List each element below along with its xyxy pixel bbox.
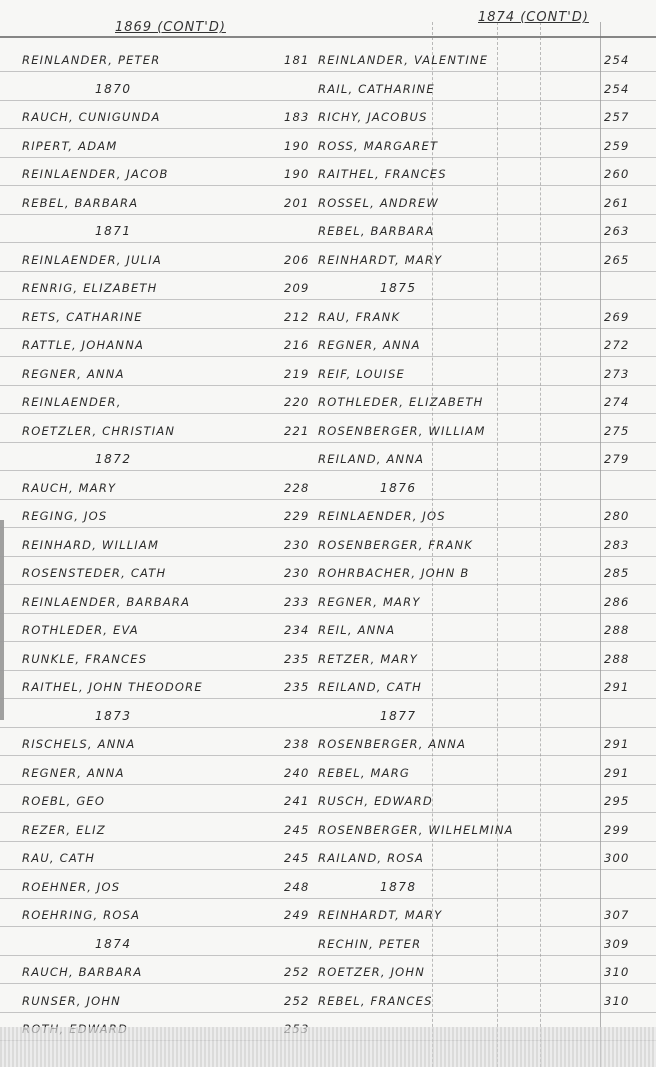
entry-name: Reging, Jos: [22, 506, 107, 526]
year-marker: 1878: [380, 877, 417, 897]
entry-number: 228: [284, 478, 324, 498]
entry-name: Roetzer, John: [318, 962, 425, 982]
entry-name: Reinlaender, Julia: [22, 250, 162, 270]
ruled-line: [0, 100, 656, 101]
entry-name: Rosenberger, William: [318, 421, 486, 441]
entry-name: Rohrbacher, John B: [318, 563, 470, 583]
entry-name: Retzer, Mary: [318, 649, 418, 669]
ruled-line: [0, 71, 656, 72]
entry-name: Regner, Mary: [318, 592, 421, 612]
entry-name: Regner, Anna: [22, 364, 125, 384]
entry-name: Reil, Anna: [318, 620, 395, 640]
entry-name: Ripert, Adam: [22, 136, 117, 156]
entry-page: 279: [604, 449, 648, 469]
right-header: 1874 (CONT'D): [478, 10, 589, 25]
entry-name: Railand, Rosa: [318, 848, 424, 868]
binding-edge: [0, 520, 4, 720]
entry-name: Reinlaender, Barbara: [22, 592, 190, 612]
year-marker: 1875: [380, 278, 417, 298]
year-marker: 1877: [380, 706, 417, 726]
year-marker: 1871: [95, 221, 132, 241]
ruled-line: [0, 185, 656, 186]
entry-page: 260: [604, 164, 648, 184]
entry-page: 254: [604, 79, 648, 99]
ruled-line: [0, 955, 656, 956]
entry-name: Runkle, Frances: [22, 649, 147, 669]
entry-page: 259: [604, 136, 648, 156]
entry-name: Rauch, Cunigunda: [22, 107, 161, 127]
entry-name: Rothleder, Elizabeth: [318, 392, 483, 412]
entry-name: Rechin, Peter: [318, 934, 421, 954]
entry-page: 291: [604, 763, 648, 783]
entry-name: Rebel, Barbara: [22, 193, 138, 213]
entry-page: 288: [604, 620, 648, 640]
entry-name: Reinlander, Peter: [22, 50, 160, 70]
entry-name: Reiland, Anna: [318, 449, 424, 469]
ruled-line: [0, 413, 656, 414]
entry-page: 254: [604, 50, 648, 70]
ruled-line: [0, 328, 656, 329]
entry-name: Rusch, Edward: [318, 791, 433, 811]
entry-page: 310: [604, 991, 648, 1011]
entry-page: 286: [604, 592, 648, 612]
entry-number: 248: [284, 877, 324, 897]
entry-page: 273: [604, 364, 648, 384]
entry-page: 274: [604, 392, 648, 412]
entry-name: Rezer, Eliz: [22, 820, 106, 840]
entry-name: Rail, Catharine: [318, 79, 435, 99]
ruled-line: [0, 499, 656, 500]
year-marker: 1872: [95, 449, 132, 469]
entry-name: Renrig, Elizabeth: [22, 278, 158, 298]
entry-page: 269: [604, 307, 648, 327]
ruled-line: [0, 1012, 656, 1013]
entry-name: Rebel, Frances: [318, 991, 433, 1011]
entry-page: 300: [604, 848, 648, 868]
left-header: 1869 (CONT'D): [115, 20, 226, 35]
entry-name: Ross, Margaret: [318, 136, 438, 156]
entry-name: Reinlaender, Jacob: [22, 164, 169, 184]
entry-name: Regner, Anna: [22, 763, 125, 783]
entry-name: Rauch, Mary: [22, 478, 116, 498]
entry-page: 275: [604, 421, 648, 441]
entry-name: Richy, Jacobus: [318, 107, 428, 127]
entry-name: Rosenberger, Anna: [318, 734, 466, 754]
page-column-divider: [600, 22, 602, 1067]
entry-name: Rossel, Andrew: [318, 193, 439, 213]
year-marker: 1870: [95, 79, 132, 99]
ruled-line: [0, 755, 656, 756]
entry-page: 261: [604, 193, 648, 213]
ruled-line: [0, 242, 656, 243]
ruled-line: [0, 784, 656, 785]
entry-name: Reinhard, William: [22, 535, 159, 555]
entry-name: Raithel, Frances: [318, 164, 447, 184]
column-divider: [497, 22, 499, 1067]
ruled-line: [0, 641, 656, 642]
ruled-line: [0, 556, 656, 557]
ruled-line: [0, 584, 656, 585]
entry-page: 272: [604, 335, 648, 355]
entry-name: Rau, Frank: [318, 307, 400, 327]
ruled-line: [0, 698, 656, 699]
ruled-line: [0, 841, 656, 842]
header-rule: [0, 36, 656, 38]
entry-page: 309: [604, 934, 648, 954]
entry-name: Reinhardt, Mary: [318, 905, 442, 925]
entry-page: 288: [604, 649, 648, 669]
ruled-line: [0, 898, 656, 899]
entry-page: 291: [604, 734, 648, 754]
entry-name: Reinhardt, Mary: [318, 250, 442, 270]
ruled-line: [0, 157, 656, 158]
entry-page: 285: [604, 563, 648, 583]
ruled-line: [0, 670, 656, 671]
entry-name: Reinlaender, Jos: [318, 506, 446, 526]
entry-name: Rauch, Barbara: [22, 962, 142, 982]
ruled-line: [0, 613, 656, 614]
entry-name: Roehring, Rosa: [22, 905, 140, 925]
entry-name: Rattle, Johanna: [22, 335, 144, 355]
ruled-line: [0, 356, 656, 357]
entry-name: Reinlander, Valentine: [318, 50, 488, 70]
ruled-line: [0, 128, 656, 129]
entry-name: Reinlaender,: [22, 392, 122, 412]
ruled-line: [0, 442, 656, 443]
entry-page: 280: [604, 506, 648, 526]
entry-name: Rosensteder, Cath: [22, 563, 166, 583]
ruled-line: [0, 869, 656, 870]
ruled-line: [0, 983, 656, 984]
ruled-line: [0, 214, 656, 215]
entry-name: Regner, Anna: [318, 335, 421, 355]
entry-name: Roetzler, Christian: [22, 421, 175, 441]
ruled-line: [0, 299, 656, 300]
entry-number: 209: [284, 278, 324, 298]
entry-page: 299: [604, 820, 648, 840]
entry-name: Rischels, Anna: [22, 734, 135, 754]
entry-name: Rosenberger, Frank: [318, 535, 473, 555]
entry-name: Runser, John: [22, 991, 121, 1011]
entry-name: Rets, Catharine: [22, 307, 143, 327]
ruled-line: [0, 926, 656, 927]
entry-page: 295: [604, 791, 648, 811]
year-marker: 1876: [380, 478, 417, 498]
entry-page: 291: [604, 677, 648, 697]
entry-name: Rebel, Marg: [318, 763, 410, 783]
entry-name: Rothleder, Eva: [22, 620, 139, 640]
entry-name: Roebl, Geo: [22, 791, 105, 811]
ruled-line: [0, 271, 656, 272]
entry-name: Rebel, Barbara: [318, 221, 434, 241]
ruled-line: [0, 812, 656, 813]
entry-page: 283: [604, 535, 648, 555]
entry-name: Rosenberger, Wilhelmina: [318, 820, 514, 840]
entry-page: 310: [604, 962, 648, 982]
entry-page: 263: [604, 221, 648, 241]
ruled-line: [0, 385, 656, 386]
column-divider: [540, 22, 542, 1067]
entry-page: 257: [604, 107, 648, 127]
entry-name: Rau, Cath: [22, 848, 95, 868]
scan-shading: [0, 1027, 656, 1067]
entry-name: Roehner, Jos: [22, 877, 120, 897]
ruled-line: [0, 470, 656, 471]
entry-page: 307: [604, 905, 648, 925]
entry-name: Reiland, Cath: [318, 677, 422, 697]
entry-page: 265: [604, 250, 648, 270]
entry-name: Raithel, John Theodore: [22, 677, 203, 697]
year-marker: 1873: [95, 706, 132, 726]
entry-name: Reif, Louise: [318, 364, 405, 384]
ruled-line: [0, 527, 656, 528]
ruled-line: [0, 727, 656, 728]
ledger-page: 1869 (CONT'D) 1874 (CONT'D) Reinlander, …: [0, 0, 656, 1067]
year-marker: 1874: [95, 934, 132, 954]
